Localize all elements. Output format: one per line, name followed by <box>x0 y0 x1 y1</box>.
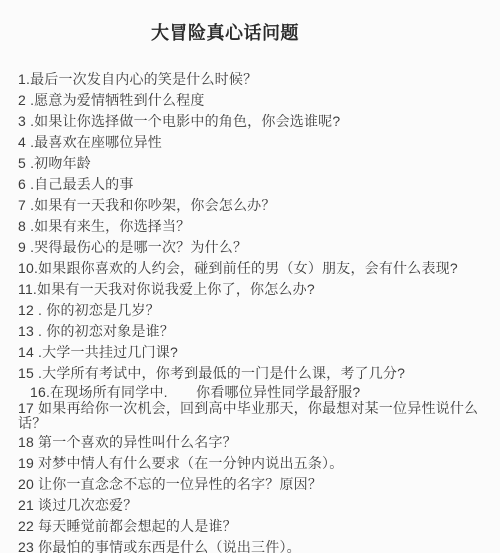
question-item: 3 .如果让你选择做一个电影中的角色，你会选谁呢? <box>18 114 486 129</box>
question-item: 12 . 你的初恋是几岁？ <box>18 303 486 318</box>
question-item: 17 如果再给你一次机会，回到高中毕业那天，你最想对某一位异性说什么话？ <box>18 401 486 431</box>
question-item: 11.如果有一天我对你说我爱上你了，你怎么办? <box>18 282 486 297</box>
question-item: 14 .大学一共挂过几门课? <box>18 345 486 360</box>
page-title: 大冒险真心话问题 <box>18 20 432 46</box>
question-item: 18 第一个喜欢的异性叫什么名字？ <box>18 435 486 450</box>
question-item: 8 .如果有来生，你选择当？ <box>18 219 486 234</box>
question-item: 23 你最怕的事情或东西是什么（说出三件）。 <box>18 540 486 553</box>
question-item: 19 对梦中情人有什么要求（在一分钟内说出五条）。 <box>18 456 486 471</box>
question-item: 10.如果跟你喜欢的人约会，碰到前任的男（女）朋友，会有什么表现? <box>18 261 486 276</box>
question-item: 20 让你一直念念不忘的一位异性的名字？原因？ <box>18 477 486 492</box>
question-item: 5 .初吻年龄 <box>18 156 486 171</box>
question-item: 16.在现场所有同学中. 你看哪位异性同学最舒服? <box>18 385 486 400</box>
question-item: 7 .如果有一天我和你吵架，你会怎么办？ <box>18 198 486 213</box>
question-item: 15 .大学所有考试中，你考到最低的一门是什么课，考了几分? <box>18 366 486 381</box>
question-item: 21 谈过几次恋爱？ <box>18 498 486 513</box>
question-item: 9 .哭得最伤心的是哪一次？为什么？ <box>18 240 486 255</box>
document-page: 大冒险真心话问题 1.最后一次发自内心的笑是什么时候？ 2 .愿意为爱情牺牲到什… <box>0 0 500 553</box>
question-item: 22 每天睡觉前都会想起的人是谁？ <box>18 519 486 534</box>
question-item: 2 .愿意为爱情牺牲到什么程度 <box>18 93 486 108</box>
question-item: 1.最后一次发自内心的笑是什么时候？ <box>18 72 486 87</box>
question-list: 1.最后一次发自内心的笑是什么时候？ 2 .愿意为爱情牺牲到什么程度 3 .如果… <box>18 72 486 553</box>
question-item: 13 . 你的初恋对象是谁？ <box>18 324 486 339</box>
question-item: 4 .最喜欢在座哪位异性 <box>18 135 486 150</box>
question-item: 6 .自己最丢人的事 <box>18 177 486 192</box>
